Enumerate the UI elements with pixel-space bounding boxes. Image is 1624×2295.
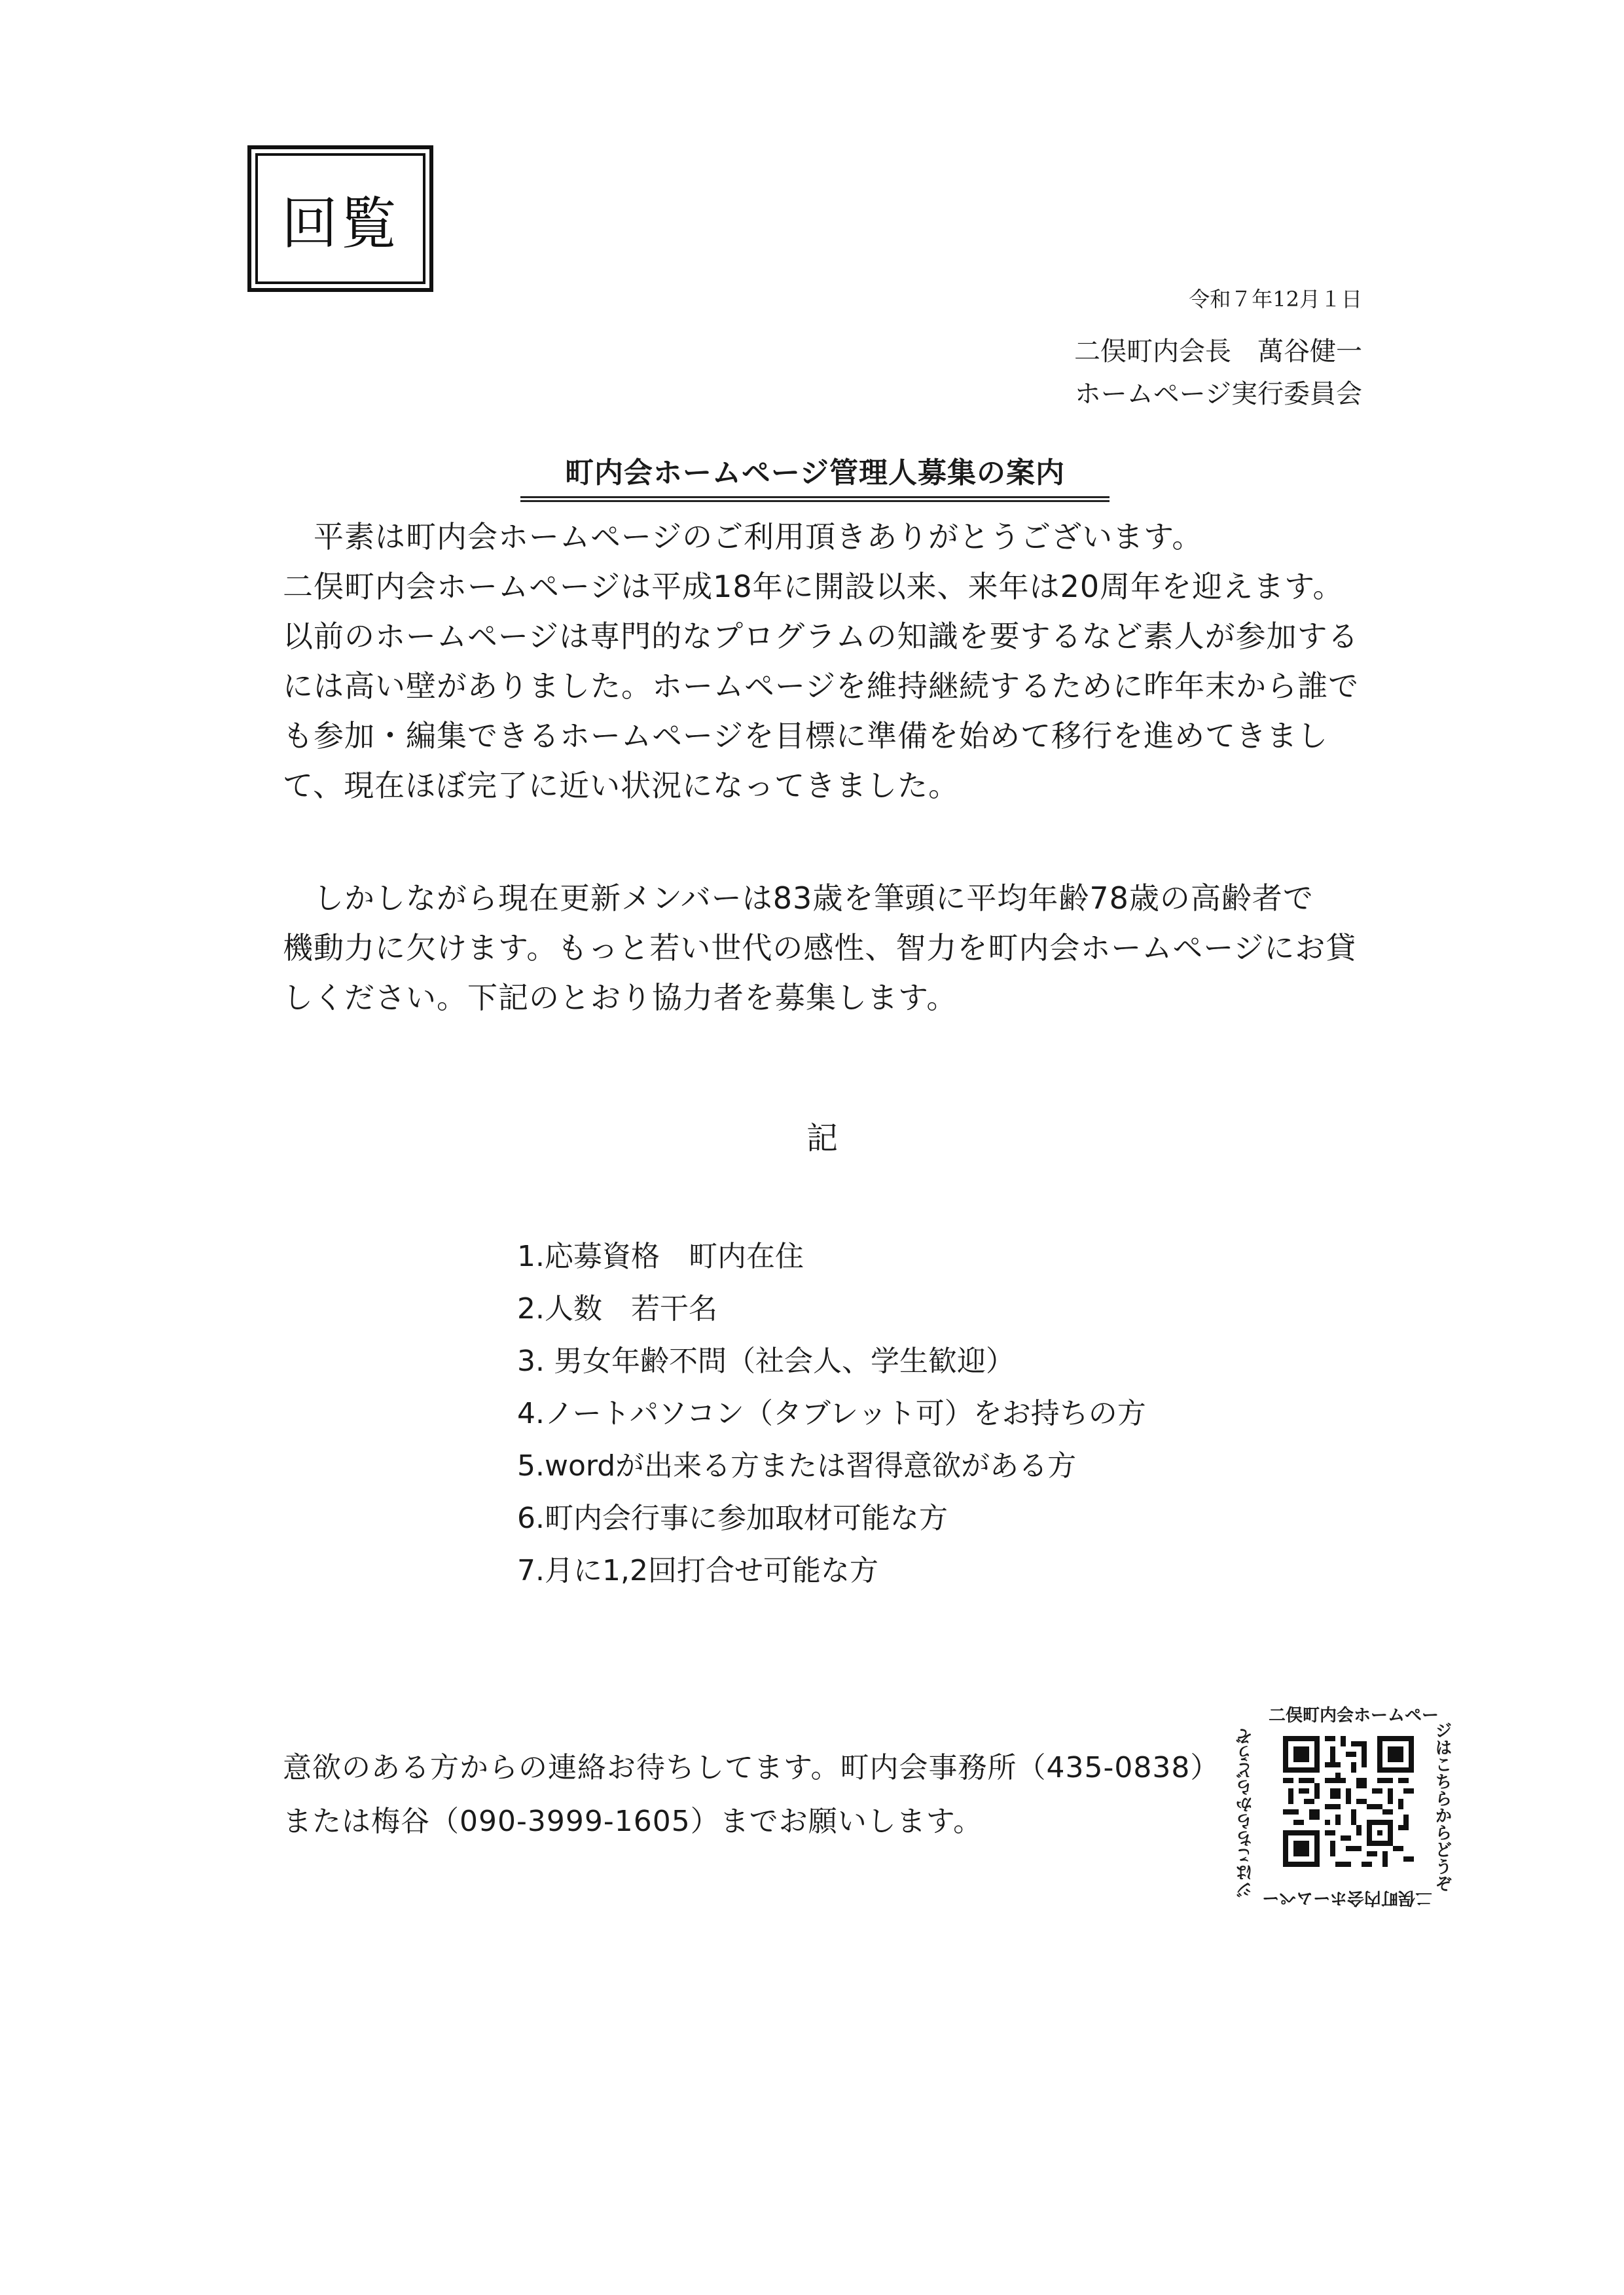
list-item: 4.ノートパソコン（タブレット可）をお持ちの方 xyxy=(517,1388,1146,1440)
paragraph-line: しください。下記のとおり協力者を募集します。 xyxy=(283,973,1369,1022)
paragraph-line: て、現在ほぼ完了に近い状況になってきました。 xyxy=(283,761,1369,810)
paragraph-line: 機動力に欠けます。もっと若い世代の感性、智力を町内会ホームページにお貸 xyxy=(283,923,1369,973)
circulation-stamp: 回覧 xyxy=(247,145,433,292)
sender-name: 二俣町内会長 萬谷健一 xyxy=(1074,331,1362,368)
stamp-label: 回覧 xyxy=(281,178,399,259)
list-item: 7.月に1,2回打合せ可能な方 xyxy=(517,1545,1146,1597)
paragraph-line: 二俣町内会ホームページは平成18年に開設以来、来年は20周年を迎えます。 xyxy=(283,562,1369,611)
list-item: 5.wordが出来る方または習得意欲がある方 xyxy=(517,1440,1146,1492)
contact-line: 意欲のある方からの連絡お待ちしてます。町内会事務所（435-0838） xyxy=(283,1741,1219,1795)
list-item: 3. 男女年齢不問（社会人、学生歓迎） xyxy=(517,1335,1146,1388)
paragraph-line: 平素は町内会ホームページのご利用頂きありがとうございます。 xyxy=(283,512,1369,562)
contact-line: または梅谷（090-3999-1605）までお願いします。 xyxy=(283,1795,1219,1849)
qr-code-block: 二俣町内会ホームペー ジはこちらからどうぞ 二俣町内会ホームペー ジはこちらから… xyxy=(1236,1702,1452,1911)
paragraph-intro: 平素は町内会ホームページのご利用頂きありがとうございます。 二俣町内会ホームペー… xyxy=(283,512,1369,810)
paragraph-request: しかしながら現在更新メンバーは83歳を筆頭に平均年齢78歳の高齢者で 機動力に欠… xyxy=(283,873,1369,1022)
stamp-inner-border: 回覧 xyxy=(255,153,425,284)
paragraph-line: には高い壁がありました。ホームページを維持継続するために昨年末から誰で xyxy=(283,661,1369,711)
contact-info: 意欲のある方からの連絡お待ちしてます。町内会事務所（435-0838） または梅… xyxy=(283,1741,1219,1849)
title-double-underline xyxy=(520,496,1110,502)
committee-name: ホームページ実行委員会 xyxy=(1075,373,1362,410)
document-date: 令和７年12月１日 xyxy=(1189,283,1362,313)
qr-caption-bottom: 二俣町内会ホームペー xyxy=(1262,1887,1432,1911)
title-block: 町内会ホームページ管理人募集の案内 xyxy=(520,449,1110,502)
list-item: 6.町内会行事に参加取材可能な方 xyxy=(517,1492,1146,1545)
list-item: 2.人数 若干名 xyxy=(517,1283,1146,1335)
list-item: 1.応募資格 町内在住 xyxy=(517,1231,1146,1283)
document-title: 町内会ホームページ管理人募集の案内 xyxy=(520,449,1110,491)
requirements-list: 1.応募資格 町内在住 2.人数 若干名 3. 男女年齢不問（社会人、学生歓迎）… xyxy=(517,1231,1146,1597)
qr-caption-top: 二俣町内会ホームペー xyxy=(1269,1702,1439,1726)
qr-caption-right: ジはこちらからどうぞ xyxy=(1430,1722,1454,1892)
paragraph-line: 以前のホームページは専門的なプログラムの知識を要するなど素人が参加する xyxy=(283,611,1369,661)
paragraph-line: も参加・編集できるホームページを目標に準備を始めて移行を進めてきまし xyxy=(283,711,1369,761)
qr-caption-left: ジはこちらからどうぞ xyxy=(1233,1728,1257,1898)
notes-heading: 記 xyxy=(806,1113,838,1158)
qr-code-icon[interactable] xyxy=(1283,1736,1414,1867)
paragraph-line: しかしながら現在更新メンバーは83歳を筆頭に平均年齢78歳の高齢者で xyxy=(283,873,1369,923)
